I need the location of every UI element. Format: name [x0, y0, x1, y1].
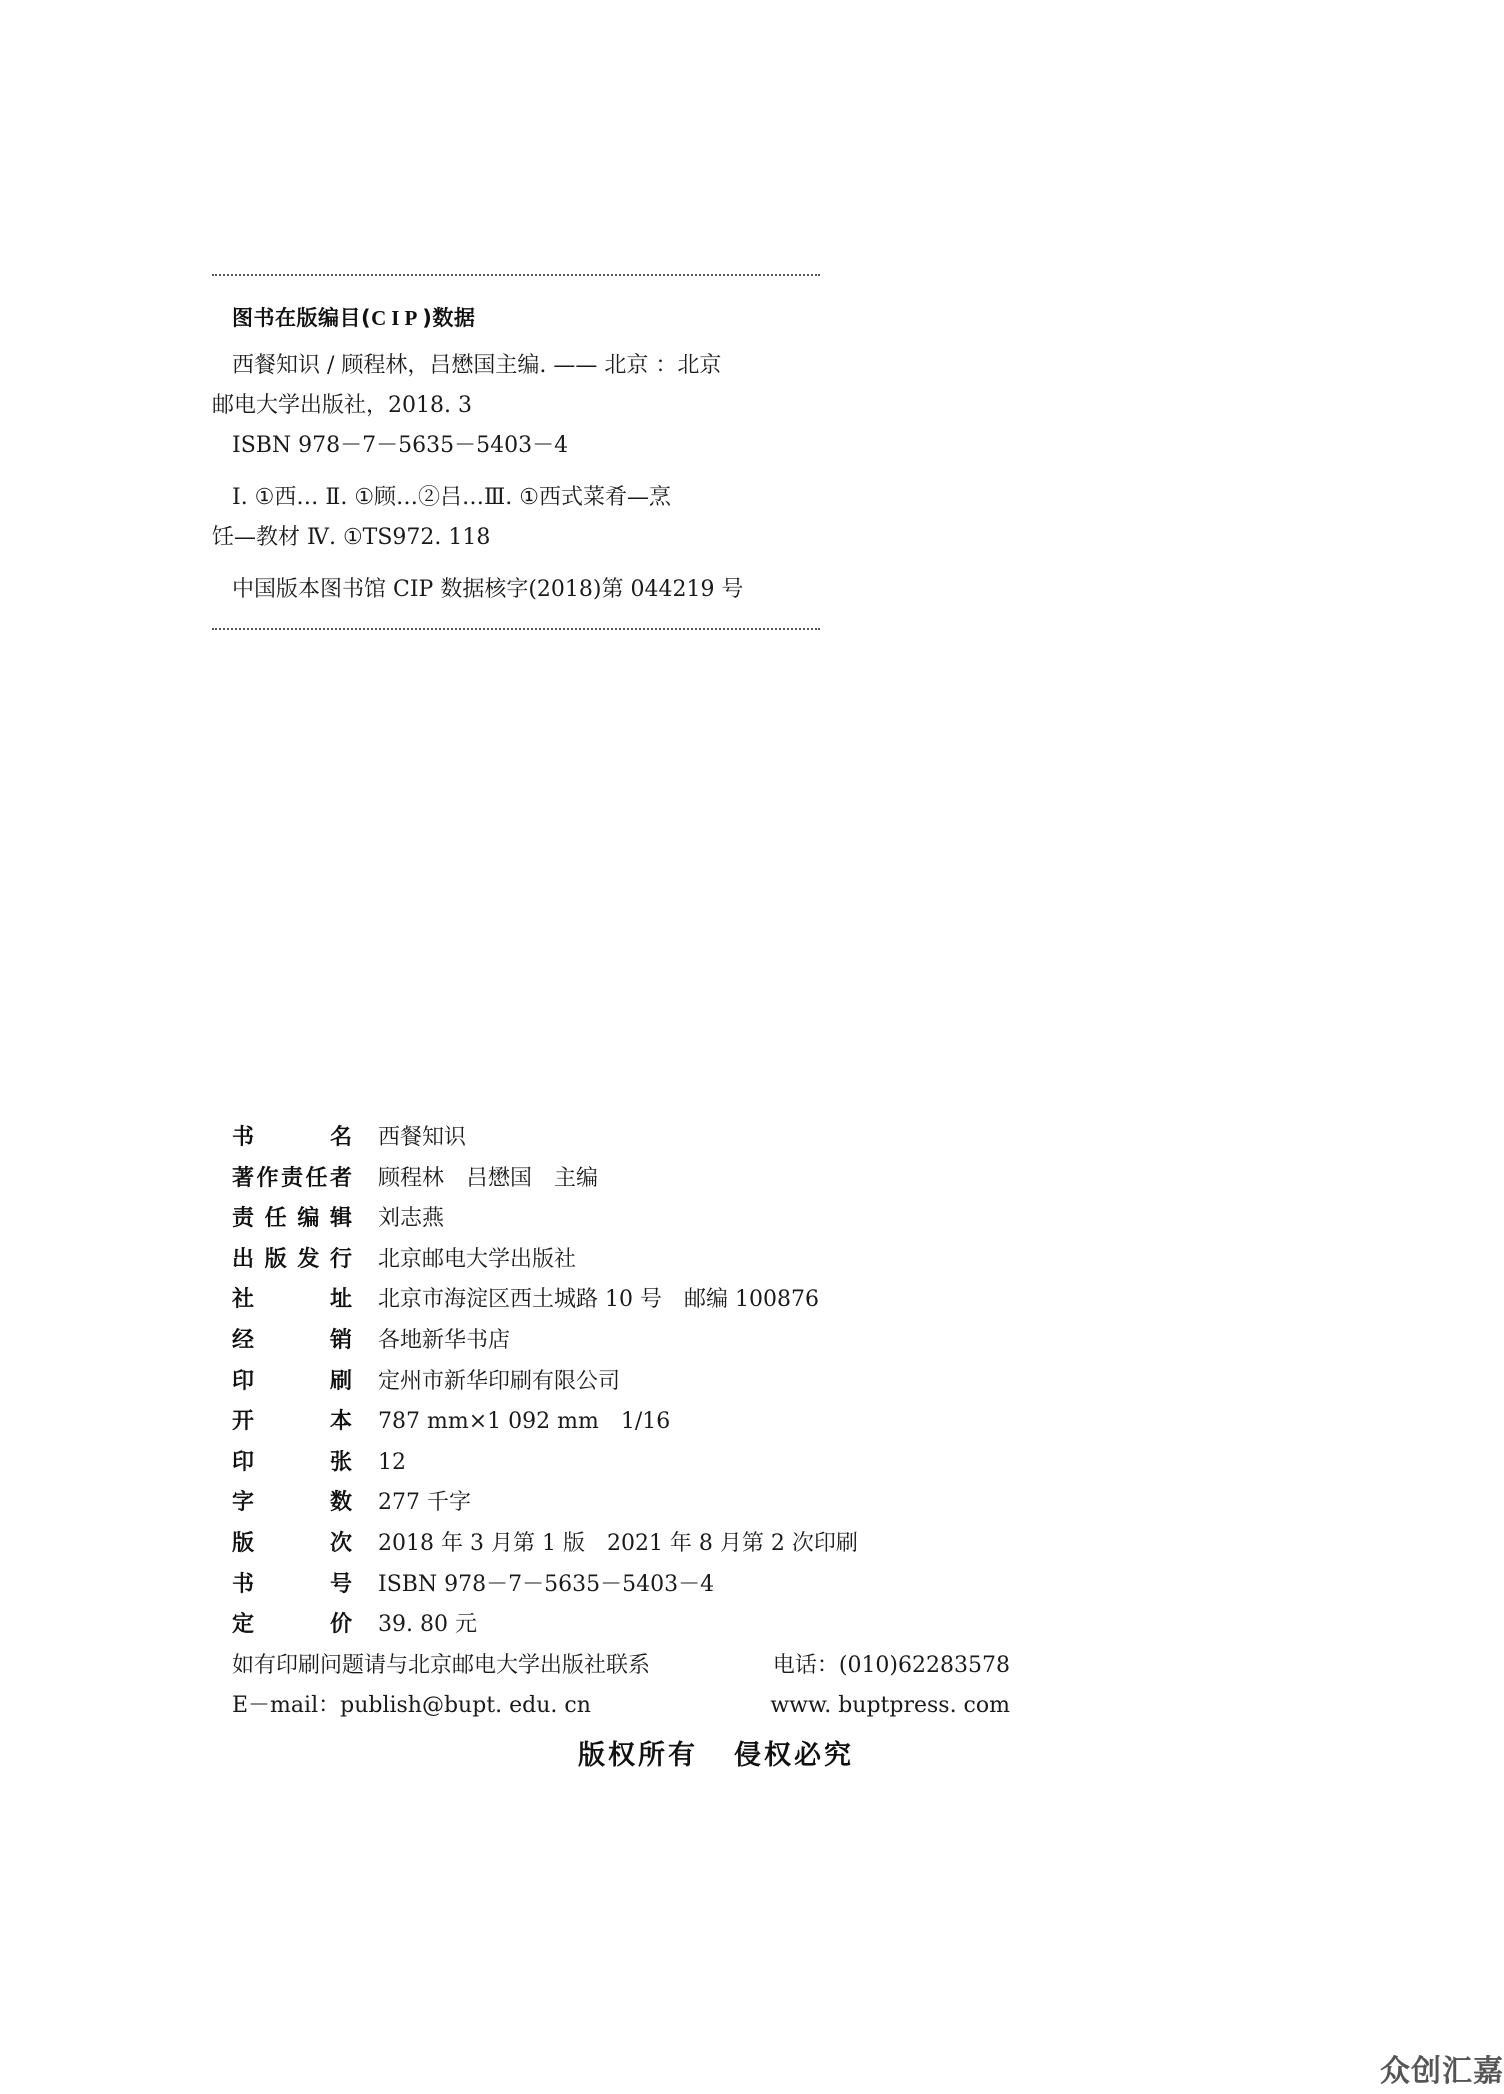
colophon-value: 2018 年 3 月第 1 版 2021 年 8 月第 2 次印刷 — [378, 1526, 858, 1557]
bottom-dotted-rule — [212, 628, 820, 630]
colophon-label-char: 本 — [330, 1404, 352, 1435]
colophon-value: 北京市海淀区西土城路 10 号 邮编 100876 — [378, 1282, 819, 1313]
colophon-label: 书名 — [232, 1120, 352, 1151]
cip-title: 图书在版编目(CIP)数据 — [232, 302, 820, 332]
colophon-label-char: 任 — [265, 1201, 287, 1232]
watermark-logo: 众创汇嘉 — [1380, 2046, 1504, 2090]
colophon-label: 印张 — [232, 1445, 352, 1476]
colophon-label: 社址 — [232, 1282, 352, 1313]
email-address: E－mail：publish@bupt. edu. cn — [232, 1688, 591, 1719]
colophon-label-char: 任 — [305, 1161, 327, 1192]
colophon-label-char: 行 — [330, 1242, 352, 1273]
top-dotted-rule — [212, 274, 820, 276]
colophon-label-char: 印 — [232, 1364, 254, 1395]
colophon-label-char: 销 — [330, 1323, 352, 1354]
cip-subject-line1: Ⅰ. ①西… Ⅱ. ①顾…②吕…Ⅲ. ①西式菜肴—烹 — [232, 485, 671, 510]
colophon-label-char: 经 — [232, 1323, 254, 1354]
colophon-label: 书号 — [232, 1567, 352, 1598]
colophon-row: 开本787 mm×1 092 mm 1/16 — [232, 1404, 1032, 1445]
colophon-label-char: 址 — [330, 1282, 352, 1313]
colophon-value: 顾程林 吕懋国 主编 — [378, 1161, 598, 1192]
colophon-value: 39. 80 元 — [378, 1607, 477, 1638]
colophon-row: 书号ISBN 978－7－5635－5403－4 — [232, 1567, 1032, 1608]
colophon-value: 北京邮电大学出版社 — [378, 1242, 576, 1273]
cip-entry-line1: 西餐知识 / 顾程林，吕懋国主编. —— 北京 ：北京 — [232, 353, 721, 378]
contact-row-phone: 如有印刷问题请与北京邮电大学出版社联系电话：(010)62283578 — [232, 1648, 1010, 1689]
colophon-row: 责任编辑刘志燕 — [232, 1201, 1032, 1242]
colophon-row: 定价39. 80 元 — [232, 1607, 1032, 1648]
colophon-row: 经销各地新华书店 — [232, 1323, 1032, 1364]
cip-verification: 中国版本图书馆 CIP 数据核字(2018)第 044219 号 — [212, 570, 820, 610]
colophon-label: 定价 — [232, 1607, 352, 1638]
colophon-label-char: 书 — [232, 1567, 254, 1598]
colophon-row: 印刷定州市新华印刷有限公司 — [232, 1364, 1032, 1405]
cip-data-block: 图书在版编目(CIP)数据 西餐知识 / 顾程林，吕懋国主编. —— 北京 ：北… — [212, 274, 820, 630]
colophon-label: 著作责任者 — [232, 1161, 352, 1192]
colophon-label-char: 号 — [330, 1567, 352, 1598]
colophon-label-char: 开 — [232, 1404, 254, 1435]
colophon-label-char: 定 — [232, 1607, 254, 1638]
colophon-label-char: 版 — [232, 1526, 254, 1557]
colophon-label-char: 辑 — [330, 1201, 352, 1232]
copyright-page: 图书在版编目(CIP)数据 西餐知识 / 顾程林，吕懋国主编. —— 北京 ：北… — [0, 0, 1504, 2094]
copyright-notice: 版权所有侵权必究 — [578, 1733, 854, 1772]
colophon-label-char: 著 — [232, 1161, 254, 1192]
colophon-label-char: 书 — [232, 1120, 254, 1151]
colophon-value: 12 — [378, 1450, 406, 1475]
colophon-value: 787 mm×1 092 mm 1/16 — [378, 1404, 670, 1435]
cip-subjects: Ⅰ. ①西… Ⅱ. ①顾…②吕…Ⅲ. ①西式菜肴—烹 饪—教材 Ⅳ. ①TS97… — [212, 478, 820, 558]
colophon-label-char: 字 — [232, 1485, 254, 1516]
printing-issue-note: 如有印刷问题请与北京邮电大学出版社联系 — [232, 1648, 650, 1679]
colophon-label-char: 编 — [297, 1201, 319, 1232]
colophon-table: 书名西餐知识著作责任者顾程林 吕懋国 主编责任编辑刘志燕出版发行北京邮电大学出版… — [232, 1120, 1032, 1729]
colophon-label-char: 印 — [232, 1445, 254, 1476]
colophon-label-char: 责 — [281, 1161, 303, 1192]
colophon-row: 出版发行北京邮电大学出版社 — [232, 1242, 1032, 1283]
colophon-label: 开本 — [232, 1404, 352, 1435]
copyright-all-rights: 版权所有 — [578, 1740, 698, 1771]
colophon-row: 社址北京市海淀区西土城路 10 号 邮编 100876 — [232, 1282, 1032, 1323]
colophon-value: ISBN 978－7－5635－5403－4 — [378, 1567, 714, 1598]
colophon-row: 印张12 — [232, 1445, 1032, 1486]
colophon-value: 西餐知识 — [378, 1120, 466, 1151]
colophon-label-char: 版 — [265, 1242, 287, 1273]
cip-title-suffix: )数据 — [422, 306, 475, 330]
copyright-infringement: 侵权必究 — [734, 1740, 854, 1771]
colophon-label: 出版发行 — [232, 1242, 352, 1273]
contact-row-web: E－mail：publish@bupt. edu. cnwww. buptpre… — [232, 1688, 1010, 1729]
colophon-value: 277 千字 — [378, 1485, 471, 1516]
colophon-label-char: 社 — [232, 1282, 254, 1313]
colophon-label: 印刷 — [232, 1364, 352, 1395]
cip-title-prefix: 图书在版编目( — [232, 306, 371, 330]
colophon-row: 著作责任者顾程林 吕懋国 主编 — [232, 1161, 1032, 1202]
colophon-label-char: 出 — [232, 1242, 254, 1273]
cip-entry-line2: 邮电大学出版社，2018. 3 — [192, 386, 472, 426]
cip-title-latin: CIP — [371, 306, 422, 330]
cip-body: 西餐知识 / 顾程林，吕懋国主编. —— 北京 ：北京 邮电大学出版社，2018… — [212, 346, 820, 610]
colophon-value: 刘志燕 — [378, 1201, 444, 1232]
phone-number: 电话：(010)62283578 — [773, 1648, 1010, 1679]
colophon-row: 书名西餐知识 — [232, 1120, 1032, 1161]
colophon-label-char: 者 — [330, 1161, 352, 1192]
colophon-label: 字数 — [232, 1485, 352, 1516]
colophon-value: 定州市新华印刷有限公司 — [378, 1364, 620, 1395]
colophon-label: 经销 — [232, 1323, 352, 1354]
cip-subject-line2: 饪—教材 Ⅳ. ①TS972. 118 — [192, 518, 490, 558]
colophon-label-char: 作 — [256, 1161, 278, 1192]
colophon-label-char: 名 — [330, 1120, 352, 1151]
colophon-label-char: 数 — [330, 1485, 352, 1516]
colophon-label-char: 次 — [330, 1526, 352, 1557]
colophon-label-char: 责 — [232, 1201, 254, 1232]
colophon-row: 字数277 千字 — [232, 1485, 1032, 1526]
colophon-label-char: 发 — [297, 1242, 319, 1273]
colophon-label-char: 价 — [330, 1607, 352, 1638]
website-url: www. buptpress. com — [770, 1693, 1010, 1718]
cip-isbn: ISBN 978－7－5635－5403－4 — [212, 426, 820, 466]
colophon-label: 责任编辑 — [232, 1201, 352, 1232]
colophon-row: 版次2018 年 3 月第 1 版 2021 年 8 月第 2 次印刷 — [232, 1526, 1032, 1567]
colophon-value: 各地新华书店 — [378, 1323, 510, 1354]
cip-entry: 西餐知识 / 顾程林，吕懋国主编. —— 北京 ：北京 邮电大学出版社，2018… — [212, 346, 820, 426]
colophon-label: 版次 — [232, 1526, 352, 1557]
colophon-label-char: 刷 — [330, 1364, 352, 1395]
colophon-label-char: 张 — [330, 1445, 352, 1476]
